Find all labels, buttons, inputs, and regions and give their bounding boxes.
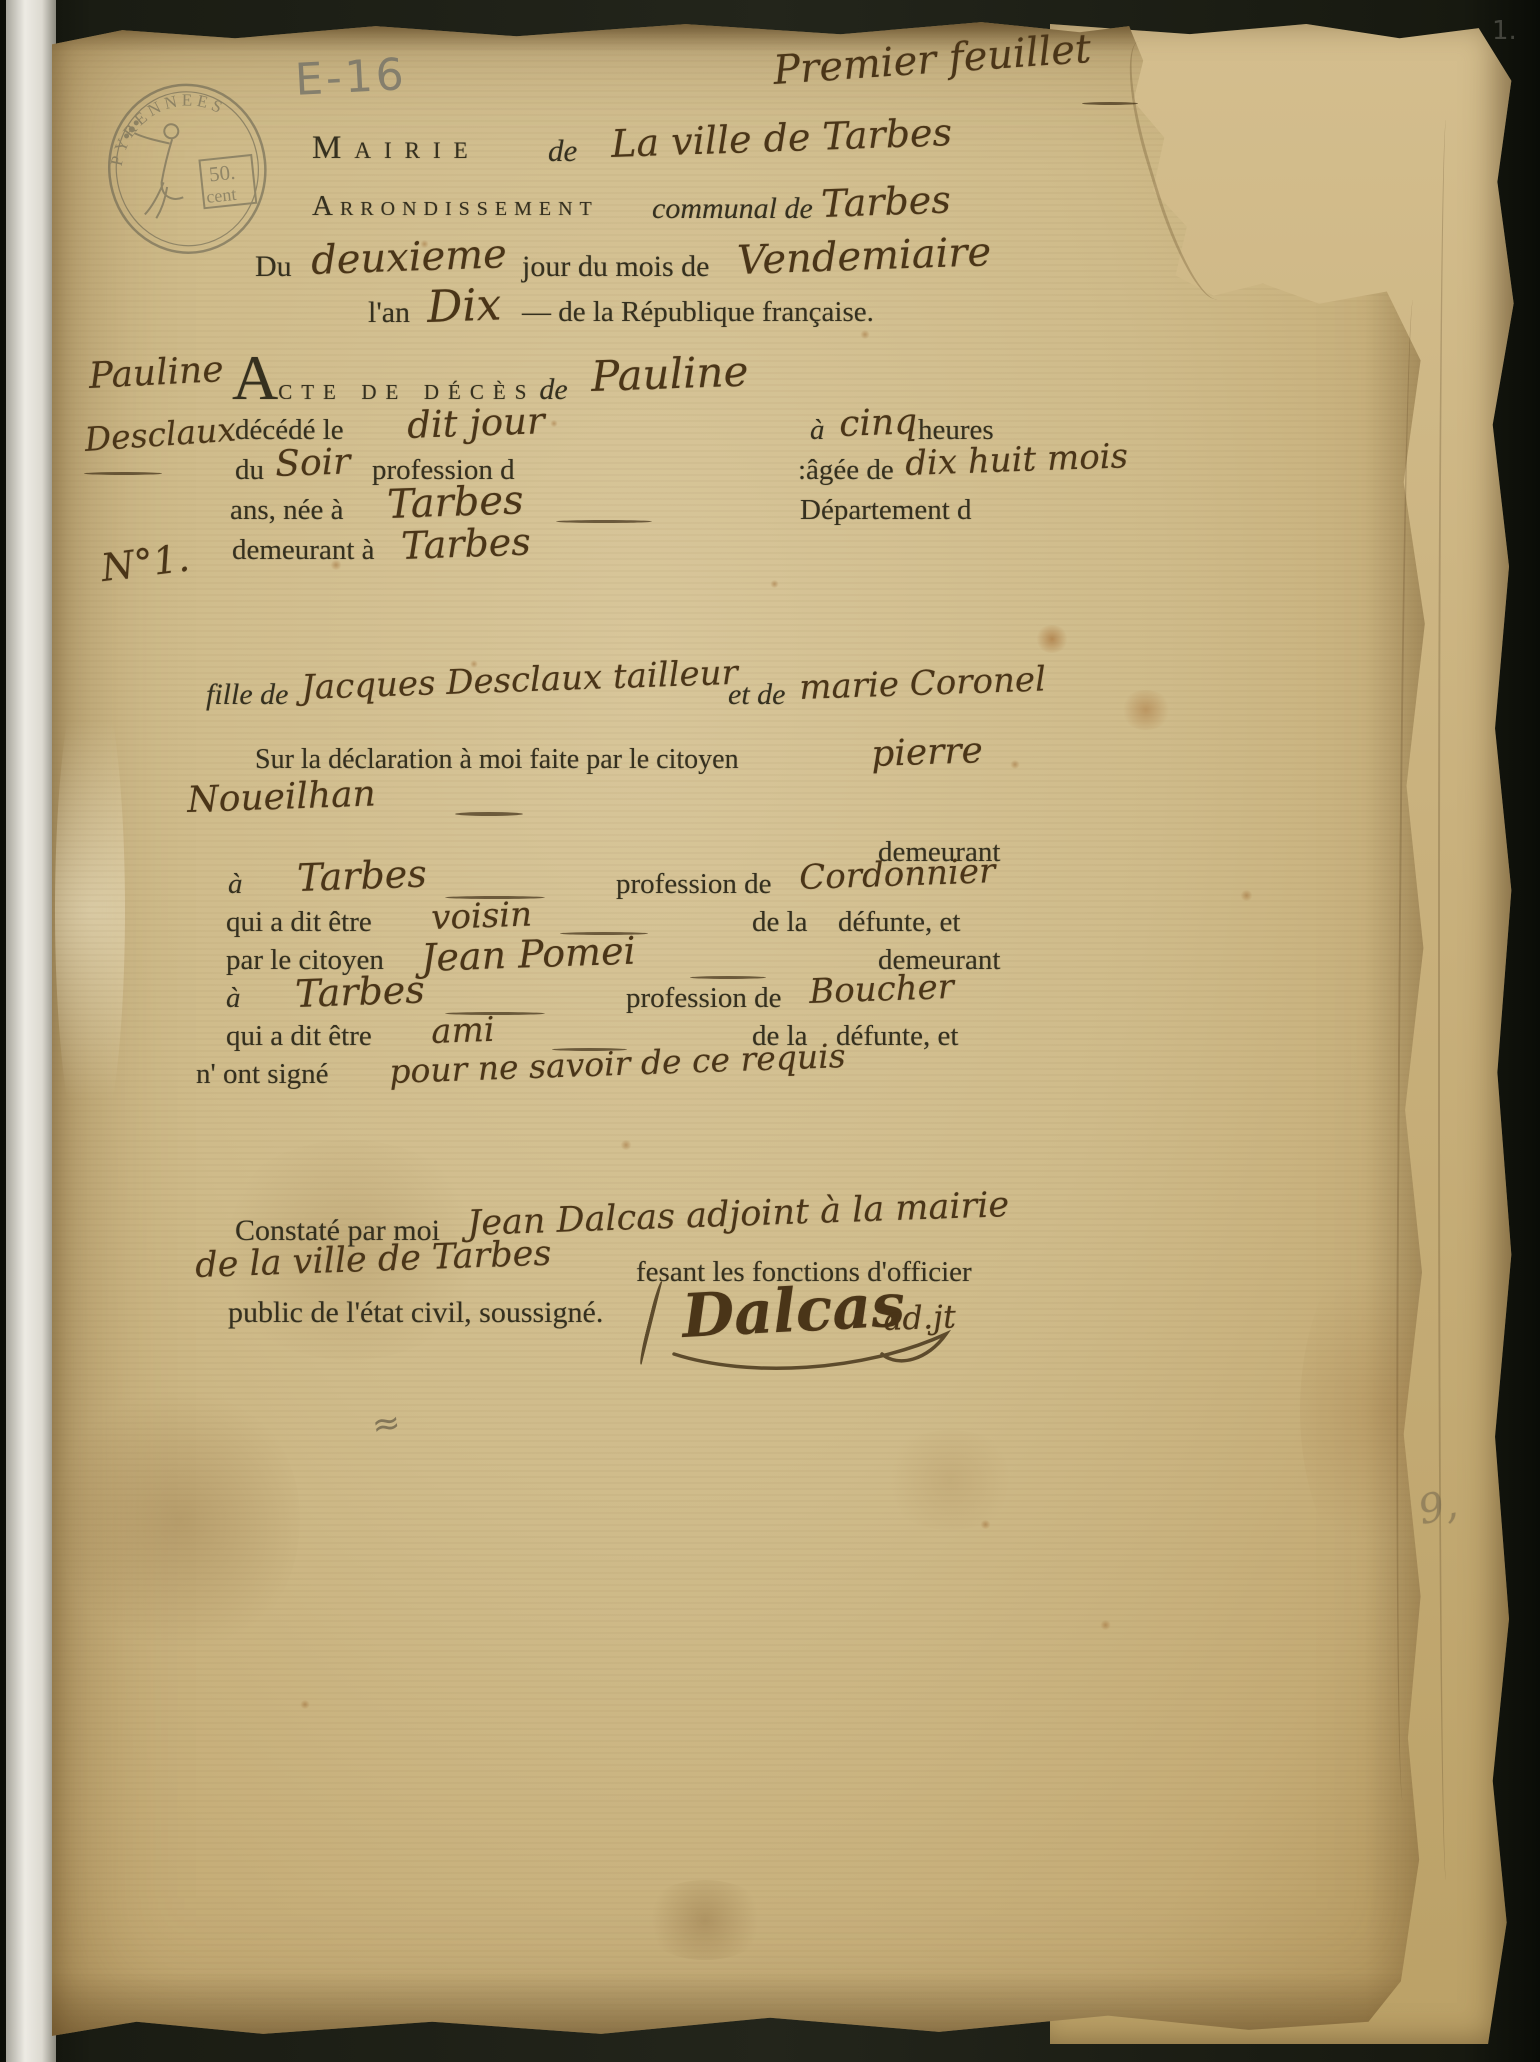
du-label: du bbox=[235, 454, 264, 487]
mairie-de-label: de bbox=[548, 133, 577, 169]
relation1-value: voisin bbox=[431, 895, 533, 938]
profession2-value: Boucher bbox=[809, 967, 955, 1012]
date-day-value: deuxieme bbox=[310, 231, 507, 284]
smudge-mark: ≈ bbox=[369, 1402, 403, 1446]
date-du-label: Du bbox=[255, 250, 292, 284]
stamp-figure-body bbox=[134, 129, 185, 220]
hour-at-label: à bbox=[810, 414, 825, 447]
revenue-stamp: PYRENNEES 50. cent bbox=[91, 68, 279, 265]
margin-first-name: Pauline bbox=[88, 349, 225, 397]
arrondissement-value: Tarbes bbox=[820, 178, 951, 226]
blank-rule bbox=[455, 812, 523, 816]
margin-rule bbox=[84, 472, 162, 475]
water-stain bbox=[880, 1430, 1020, 1530]
said2-label: qui a dit être bbox=[226, 1020, 372, 1053]
book-binding-edge bbox=[6, 0, 56, 2062]
signature-title: ad.jt bbox=[883, 1297, 957, 1338]
born-label: ans, née à bbox=[230, 494, 344, 527]
declaration-intro-label: Sur la déclaration à moi faite par le ci… bbox=[255, 744, 739, 776]
document-scan: PYRENNEES 50. cent E-16 Premier feuillet… bbox=[0, 0, 1540, 2062]
deceded-value: dit jour bbox=[406, 399, 545, 447]
age-value: dix huit mois bbox=[905, 436, 1129, 484]
foxing-speck bbox=[1240, 890, 1253, 901]
water-stain bbox=[60, 1380, 300, 1660]
republic-label: — de la République française. bbox=[522, 296, 874, 329]
mairie-label: Mairie bbox=[312, 130, 481, 167]
torn-light-patch bbox=[55, 660, 125, 1160]
defunte1-label: défunte, et bbox=[838, 906, 960, 939]
foxing-speck bbox=[550, 420, 558, 427]
rust-stain bbox=[1120, 690, 1172, 730]
witness1-first-name: pierre bbox=[871, 730, 984, 775]
date-month-label: jour du mois de bbox=[522, 250, 710, 284]
departement-label: Département d bbox=[800, 494, 972, 527]
stamp-value: 50. bbox=[208, 160, 237, 187]
defunte2-label: défunte, et bbox=[836, 1020, 958, 1053]
town2-value: Tarbes bbox=[294, 968, 425, 1016]
foxing-speck bbox=[1010, 760, 1020, 769]
dela1-label: de la bbox=[752, 906, 808, 939]
corner-note-flourish bbox=[1082, 102, 1138, 105]
date-month-value: Vendemiaire bbox=[736, 229, 992, 284]
residence-label: demeurant à bbox=[232, 534, 375, 567]
foxing-speck bbox=[980, 1520, 991, 1529]
profession2-label: profession de bbox=[626, 982, 781, 1015]
water-stain bbox=[640, 1880, 770, 1960]
foxing-speck bbox=[620, 1140, 632, 1150]
act-title-initial: A bbox=[232, 342, 278, 413]
hour-value: cinq bbox=[839, 401, 918, 445]
foxing-speck bbox=[300, 1700, 310, 1709]
archival-pencil-code: E-16 bbox=[294, 49, 408, 106]
blank-rule bbox=[690, 976, 766, 979]
rust-stain bbox=[1035, 625, 1069, 653]
age-label: :âgée de bbox=[798, 454, 894, 487]
blank-rule bbox=[556, 520, 652, 523]
stamp-unit: cent bbox=[205, 184, 237, 207]
witness1-last-name: Noueilhan bbox=[187, 773, 377, 821]
witness2-name: Jean Pomei bbox=[420, 929, 636, 980]
profession1-value: Cordonnier bbox=[799, 851, 996, 898]
year-value: Dix bbox=[426, 279, 502, 333]
at2-label: à bbox=[226, 982, 241, 1015]
page-corner-number: 1. bbox=[1492, 16, 1517, 46]
and-of-label: et de bbox=[728, 678, 785, 712]
said1-label: qui a dit être bbox=[226, 906, 372, 939]
daughter-label: fille de bbox=[206, 678, 288, 712]
town1-value: Tarbes bbox=[296, 852, 427, 900]
stamp-figure-head bbox=[164, 124, 179, 139]
signed-label: n' ont signé bbox=[196, 1058, 329, 1091]
relation2-value: ami bbox=[431, 1010, 496, 1052]
foxing-speck bbox=[1100, 1620, 1111, 1630]
civil-status-label: public de l'état civil, soussigné. bbox=[228, 1296, 603, 1330]
year-lan-label: l'an bbox=[368, 296, 410, 330]
profession1-label: profession de bbox=[616, 868, 771, 901]
at1-label: à bbox=[228, 868, 243, 901]
foxing-speck bbox=[770, 580, 779, 588]
act-name-value: Pauline bbox=[590, 347, 749, 401]
arrondissement-label: Arrondissement bbox=[312, 190, 599, 223]
foxing-speck bbox=[860, 330, 870, 339]
time-value: Soir bbox=[275, 441, 351, 485]
arrondissement-mid-label: communal de bbox=[652, 192, 813, 226]
residence-value: Tarbes bbox=[400, 520, 531, 568]
